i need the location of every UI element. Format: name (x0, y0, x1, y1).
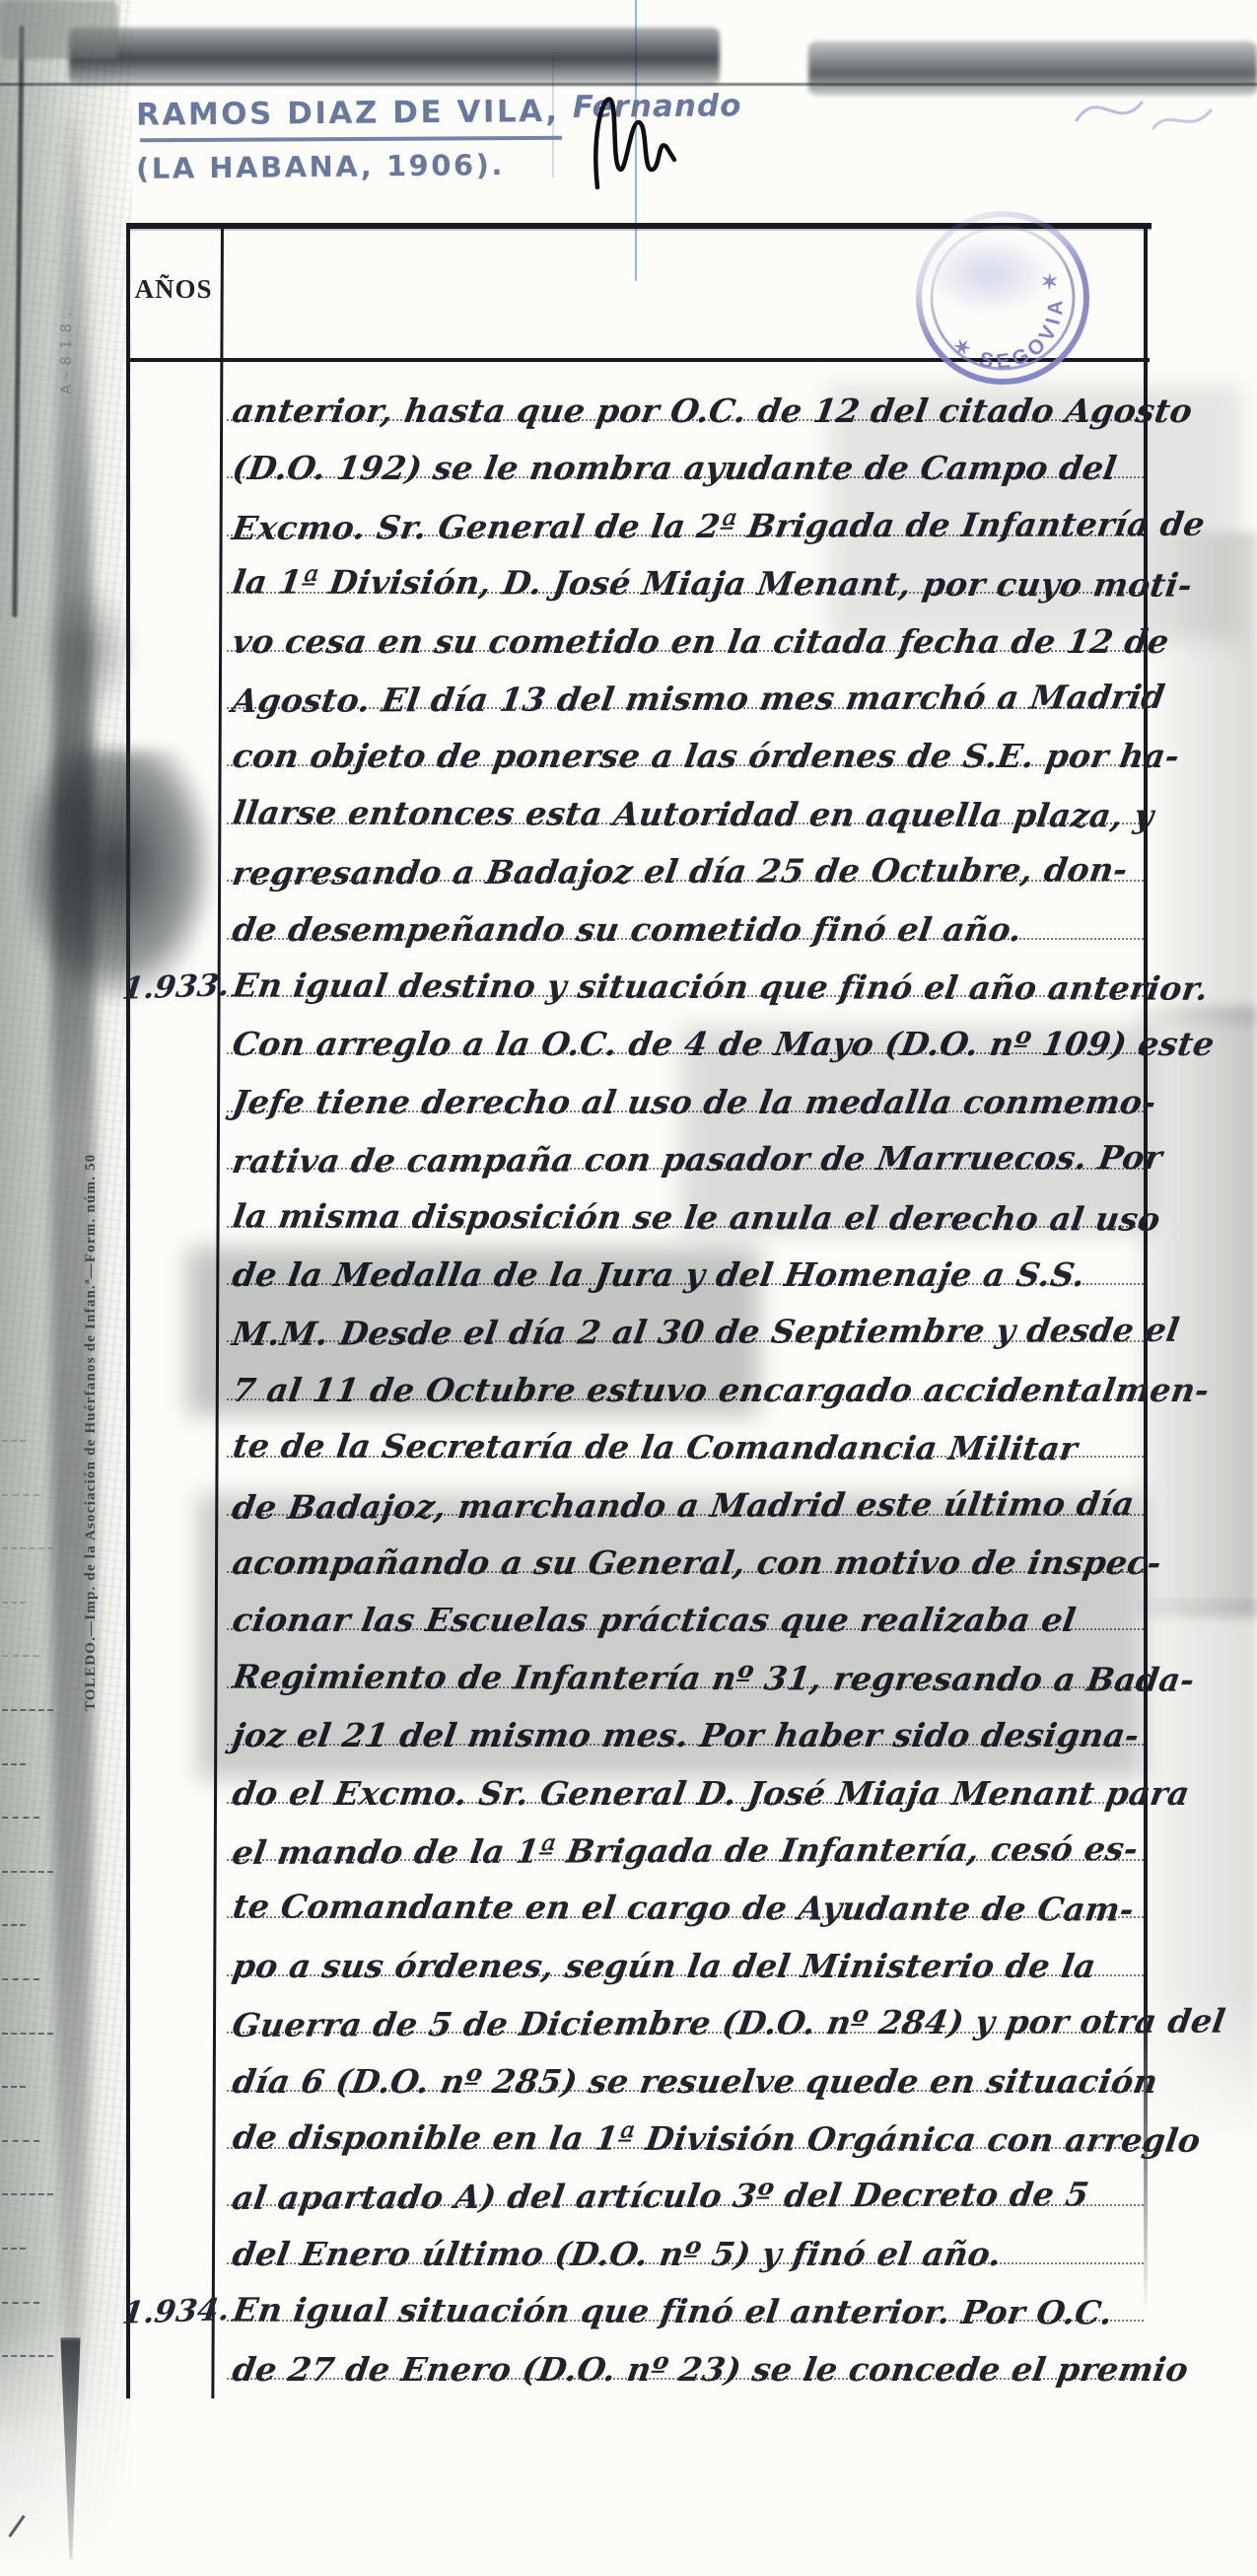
binding-fold-shadow (51, 118, 95, 2406)
notebook-ruling-dash (2, 2355, 53, 2357)
notebook-ruling-dash (2, 1655, 39, 1657)
notebook-ruling-dash (2, 2033, 53, 2035)
handwriting-line: 7 al 11 de Octubre estuvo encargado acci… (231, 1351, 1156, 1406)
svg-text:✶ SEGOVIA ✶: ✶ SEGOVIA ✶ (947, 263, 1067, 374)
birthplace-annotation: (LA HABANA, 1906). (136, 148, 505, 185)
handwriting-line: po a sus órdenes, según la del Ministeri… (231, 1927, 1156, 1982)
scan-top-edge (808, 41, 1257, 96)
handwriting-line: acompañando a su General, con motivo de … (231, 1524, 1156, 1579)
notebook-ruling-dash (2, 1547, 53, 1549)
segovia-stamp: ✶ SEGOVIA ✶ (885, 200, 1118, 403)
handwriting-line: cionar las Escuelas prácticas que realiz… (231, 1581, 1156, 1636)
handwriting-line: de disponible en la 1ª División Orgánica… (231, 2098, 1155, 2156)
handwriting-line: de 27 de Enero (D.O. nº 23) se le conced… (231, 2330, 1156, 2386)
notebook-ruling-dash (2, 2248, 26, 2250)
notebook-ruling-dash (2, 1440, 26, 1442)
handwriting-line: día 6 (D.O. nº 285) se resuelve quede en… (231, 2042, 1156, 2098)
handwriting-line: te Comandante en el cargo de Ayudante de… (231, 1868, 1155, 1926)
handwriting-line: (D.O. 192) se le nombra ayudante de Camp… (231, 429, 1156, 484)
notebook-ruling-dash (2, 2086, 26, 2088)
pen-flourish-mark (588, 87, 696, 195)
table-left-border (126, 223, 130, 2398)
handwriting-line: de la Medalla de la Jura y del Homenaje … (231, 1236, 1156, 1291)
handwriting-line: En igual situación que finó el anterior.… (231, 2271, 1155, 2329)
stamp-text: ✶ SEGOVIA ✶ (947, 263, 1067, 374)
scan-right-mottle (1142, 533, 1257, 1026)
handwriting-line: Excmo. Sr. General de la 2ª Brigada de I… (230, 485, 1155, 544)
years-column-header: AÑOS (128, 274, 219, 305)
notebook-ruling-dash (2, 1978, 39, 1980)
handwriting-line: el mando de la 1ª Brigada de Infantería,… (230, 1810, 1155, 1869)
years-column-divider (211, 223, 224, 2398)
handwriting-line: En igual destino y situación que finó el… (231, 946, 1155, 1004)
notebook-ruling-dash (2, 1871, 53, 1873)
notebook-ruling-dash (2, 2140, 39, 2142)
scan-top-edge (69, 28, 720, 85)
handwriting-line: Agosto. El día 13 del mismo mes marchó a… (230, 658, 1155, 717)
handwriting-line: te de la Secretaría de la Comandancia Mi… (231, 1407, 1155, 1466)
notebook-ruling-dash (2, 2302, 39, 2304)
annotation-underline (140, 136, 562, 143)
handwriting-line: regresando a Badajoz el día 25 de Octubr… (230, 830, 1155, 890)
handwriting-line: Guerra de 5 de Diciembre (D.O. nº 284) y… (230, 1982, 1155, 2041)
handwriting-line: joz el 21 del mismo mes. Por haber sido … (231, 1696, 1156, 1752)
scanned-service-record-page: RAMOS DIAZ DE VILA, Fernando (LA HABANA,… (0, 0, 1257, 2576)
year-label: 1.934. (120, 2270, 234, 2329)
handwriting-line: vo cesa en su cometido en la citada fech… (231, 603, 1156, 658)
handwriting-line: Jefe tiene derecho al uso de la medalla … (231, 1063, 1156, 1118)
surname-text: RAMOS DIAZ DE VILA, (136, 94, 560, 133)
handwriting-line: rativa de campaña con pasador de Marruec… (230, 1118, 1155, 1178)
handwriting-line: al apartado A) del artículo 3º del Decre… (230, 2155, 1155, 2214)
notebook-ruling-dash (2, 1494, 39, 1496)
handwriting-line: Con arreglo a la O.C. de 4 de Mayo (D.O.… (231, 1005, 1156, 1060)
handwriting-line: la misma disposición se le anula el dere… (231, 1177, 1155, 1235)
handwriting-line: do el Excmo. Sr. General D. José Miaja M… (231, 1754, 1156, 1810)
ink-smudge-blob (26, 750, 213, 1001)
handwriting-line: de desempeñando su cometido finó el año. (231, 891, 1156, 946)
handwriting-line: M.M. Desde el día 2 al 30 de Septiembre … (230, 1291, 1155, 1350)
notebook-ruling-dash (2, 2193, 53, 2195)
handwriting-line: Regimiento de Infantería nº 31, regresan… (231, 1637, 1155, 1695)
scan-top-edge-line (0, 83, 1257, 86)
notebook-ruling-dash (2, 1763, 26, 1765)
notebook-ruling-dash (2, 1602, 26, 1604)
handwriting-line: llarse entonces esta Autoridad en aquell… (231, 773, 1155, 831)
notebook-ruling-dash (2, 1924, 26, 1926)
ink-smudge-blob (37, 582, 136, 720)
scan-top-corner (0, 0, 118, 59)
handwriting-line: la 1ª División, D. José Miaja Menant, po… (231, 543, 1155, 602)
notebook-ruling-dash (2, 1817, 39, 1819)
handwriting-line: de Badajoz, marchando a Madrid este últi… (230, 1465, 1155, 1524)
handwriting-line: del Enero último (D.O. nº 5) y finó el a… (231, 2215, 1156, 2270)
handwriting-line: con objeto de ponerse a las órdenes de S… (231, 717, 1156, 772)
notebook-ruling-dash (2, 1709, 53, 1711)
